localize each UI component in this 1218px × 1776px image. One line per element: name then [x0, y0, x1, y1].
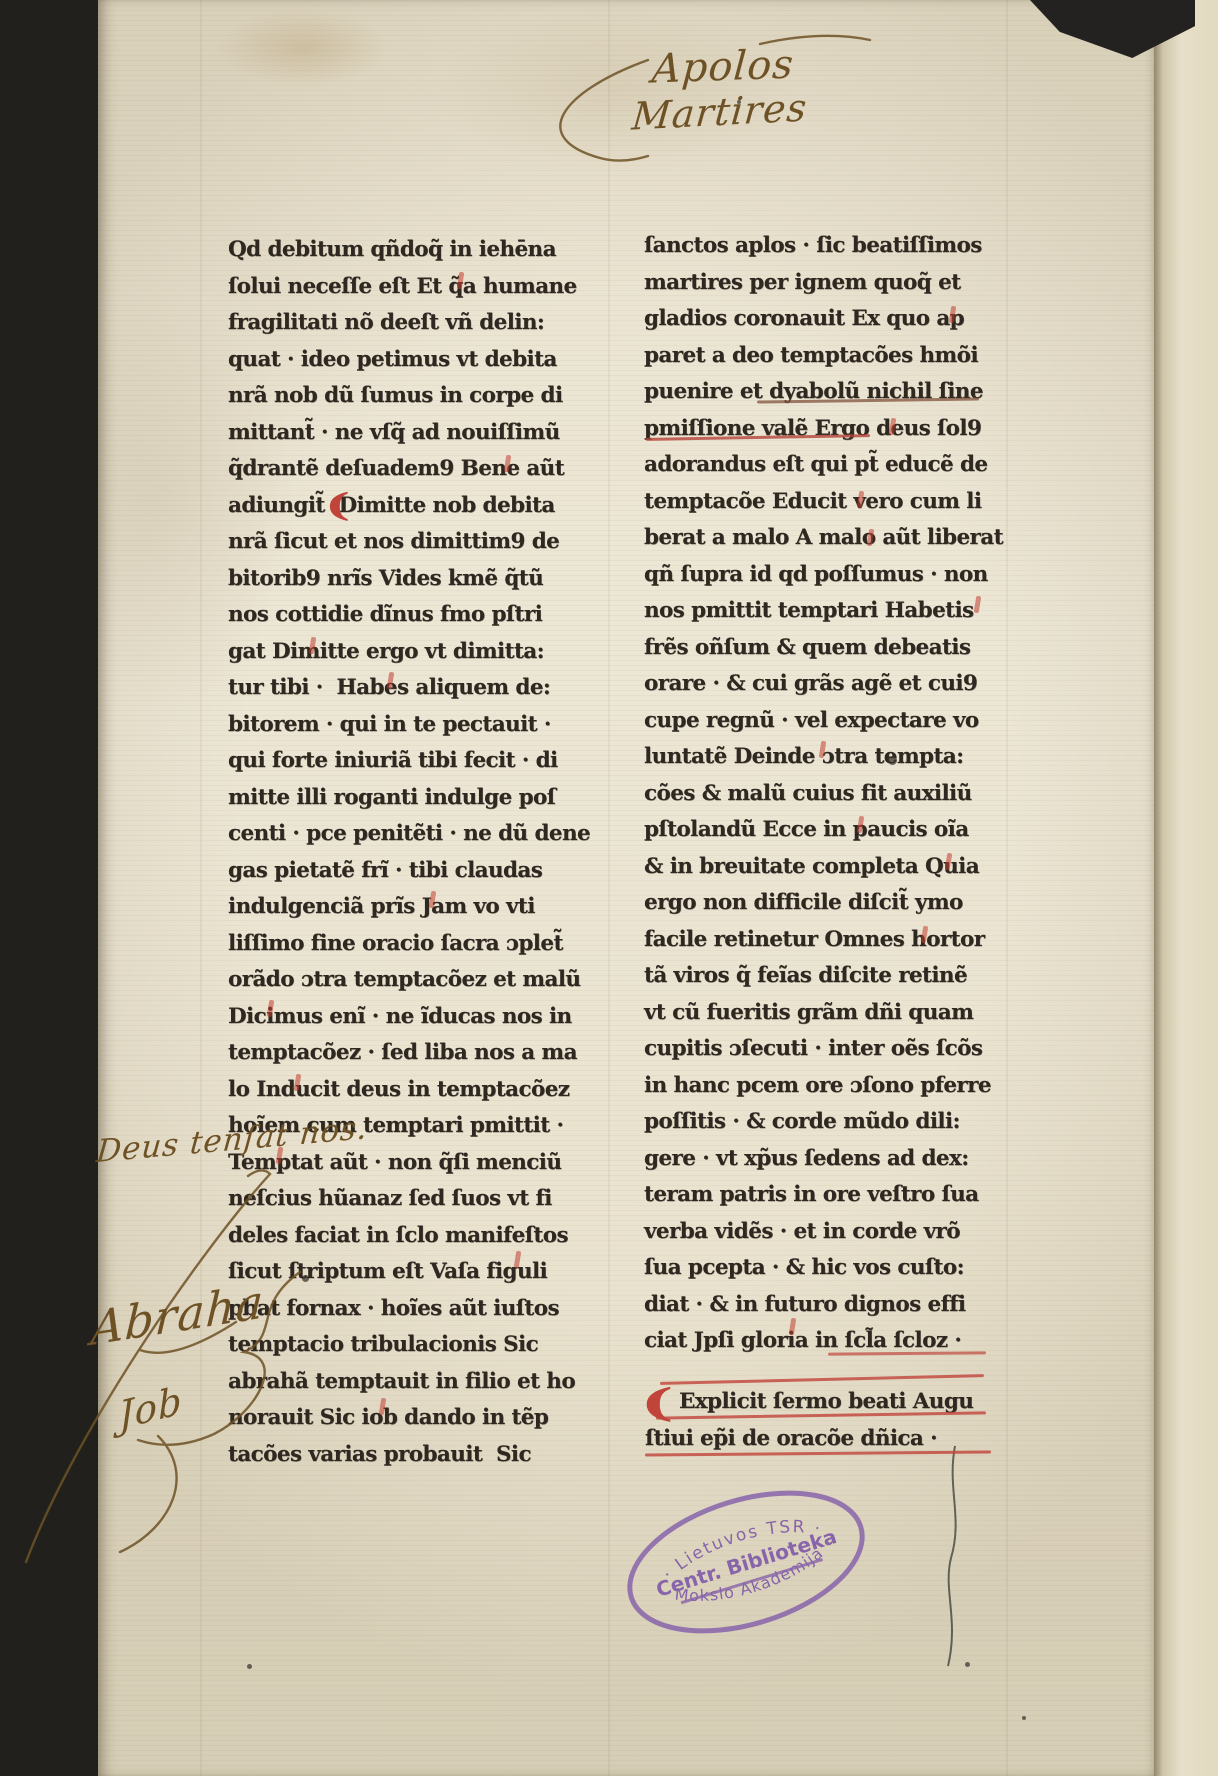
text-line: puenire et dyabolũ nichil ſine [644, 374, 989, 411]
text-line: qui forte iniuriã tibi fecit · di [228, 743, 573, 780]
text-line: centi · pce penitẽti · ne dũ dene [228, 816, 573, 853]
text-line: tacões varias probauit Sic [228, 1437, 573, 1474]
text-line: temptacio tribulacionis Sic [228, 1327, 573, 1364]
text-line: nos cottidie dĩnus fmo pſtri [228, 597, 573, 634]
explicit-colophon: Explicit ſermo beati Augu ſtiui ep̃i de … [645, 1384, 995, 1457]
ink-speck [247, 1664, 252, 1669]
text-line: in hanc pcem ore ɔſono pferre [644, 1068, 989, 1105]
ink-speck [302, 1275, 309, 1282]
ink-speck [888, 756, 897, 765]
text-line: cupe regnũ · vel expectare vo [644, 703, 989, 740]
text-line: abrahã temptauit in filio et ho [228, 1364, 573, 1401]
text-line: tã viros q̃ feĩas diſcite retinẽ [644, 958, 989, 995]
text-line: ergo non difficile diſcit̃ ymo [644, 885, 989, 922]
text-line: qñ ſupra id qd poſſumus · non [644, 557, 989, 594]
text-line: orãdo ɔtra temptacõez et malũ [228, 962, 573, 999]
text-line: pbat fornax · hoĩes aũt iuſtos [228, 1291, 573, 1328]
paper-chain-line [1006, 0, 1008, 1776]
paper-chain-line [608, 0, 610, 1776]
text-line: Dicimus enĩ · ne ĩducas nos in [228, 999, 573, 1036]
text-line: Qd debitum qñdoq̃ in iehēna [228, 232, 573, 269]
header-annotation-line1: Apolos [650, 41, 795, 92]
text-line: & in breuitate completa Quia [644, 849, 989, 886]
text-line: facile retinetur Omnes hortor [644, 922, 989, 959]
text-line: quat · ideo petimus vt debita [228, 342, 573, 379]
text-line: gas pietatẽ frĩ · tibi claudas [228, 853, 573, 890]
text-line: indulgenciã prĩs Jam vo vti [228, 889, 573, 926]
ink-speck [965, 1662, 970, 1667]
text-line: adiungit̃ Dimitte nob debita [228, 488, 573, 525]
text-line: temptacõe Educit vero cum li [644, 484, 989, 521]
text-line: fragilitati nõ deeſt vñ delin: [228, 305, 573, 342]
text-line: temptacõez · ſed liba nos a ma [228, 1035, 573, 1072]
text-line: pſtolandũ Ecce in paucis oĩa [644, 812, 989, 849]
text-line: neſcius hũanaz ſed ſuos vt fi [228, 1181, 573, 1218]
text-line: gere · vt xp̃us ſedens ad dex: [644, 1141, 989, 1178]
text-line: martires per ignem quoq̃ et [644, 265, 989, 302]
text-line: vt cũ fueritis grãm dñi quam [644, 995, 989, 1032]
text-line: deles faciat in ſclo manifeſtos [228, 1218, 573, 1255]
text-line: ſanctos aplos · ſic beatiſſimos [644, 228, 989, 265]
text-column-left: Qd debitum qñdoq̃ in iehēnaſolui neceſſe… [228, 232, 573, 1473]
text-line: pmiſſione valẽ Ergo deus ſol9 [644, 411, 989, 448]
text-line: lo Inducit deus in temptacõez [228, 1072, 573, 1109]
text-line: adorandus eſt qui pt̃ educẽ de [644, 447, 989, 484]
text-line: berat a malo A malo aũt liberat [644, 520, 989, 557]
text-line: cões & malũ cuius fit auxiliũ [644, 776, 989, 813]
text-line: ſua pcepta · & hic vos cuſto: [644, 1250, 989, 1287]
text-line: poſſitis · & corde mũdo dili: [644, 1104, 989, 1141]
rubric-paragraph-mark: ( [325, 489, 351, 521]
header-annotation-line2: Martires [630, 85, 809, 138]
text-line: norauit Sic iob dando in tẽp [228, 1400, 573, 1437]
text-line: q̃drantẽ deſuadem9 Bene aũt [228, 451, 573, 488]
text-line: ſolui neceſſe eſt Et q̃a humane [228, 269, 573, 306]
text-line: ſicut ſtriptum eſt Vaſa figuli [228, 1254, 573, 1291]
paper-chain-line [200, 0, 202, 1776]
text-line: nos pmittit temptari Habetis [644, 593, 989, 630]
text-line: frẽs oñſum & quem debeatis [644, 630, 989, 667]
text-line: gladios coronauit Ex quo ap [644, 301, 989, 338]
text-line: liſſimo fine oracio ſacra ɔplet̃ [228, 926, 573, 963]
text-line: paret a deo temptacões hmõi [644, 338, 989, 375]
text-line: verba vidẽs · et in corde vrõ [644, 1214, 989, 1251]
ink-speck [1022, 1716, 1026, 1720]
text-line: orare · & cui grãs agẽ et cui9 [644, 666, 989, 703]
next-page-edge [1154, 0, 1218, 1776]
text-line: mitte illi roganti indulge poſ [228, 780, 573, 817]
ink-speck [737, 100, 741, 104]
text-line: nrã nob dũ ſumus in corpe di [228, 378, 573, 415]
text-line: cupitis ɔſecuti · inter oẽs ſcõs [644, 1031, 989, 1068]
text-line: diat · & in futuro dignos effi [644, 1287, 989, 1324]
text-line: gat Dimitte ergo vt dimitta: [228, 634, 573, 671]
text-line: mittant̃ · ne vſq̃ ad nouiſſimũ [228, 415, 573, 452]
text-line: luntatẽ Deinde ɔtra tempta: [644, 739, 989, 776]
text-line: teram patris in ore veſtro ſua [644, 1177, 989, 1214]
text-line: nrã ſicut et nos dimittim9 de [228, 524, 573, 561]
text-line: tur tibi · Habes aliquem de: [228, 670, 573, 707]
text-line: bitorib9 nrĩs Vides kmẽ q̃tũ [228, 561, 573, 598]
text-line: bitorem · qui in te pectauit · [228, 707, 573, 744]
manuscript-photo: Apolos Martires Qd debitum qñdoq̃ in ieh… [0, 0, 1218, 1776]
